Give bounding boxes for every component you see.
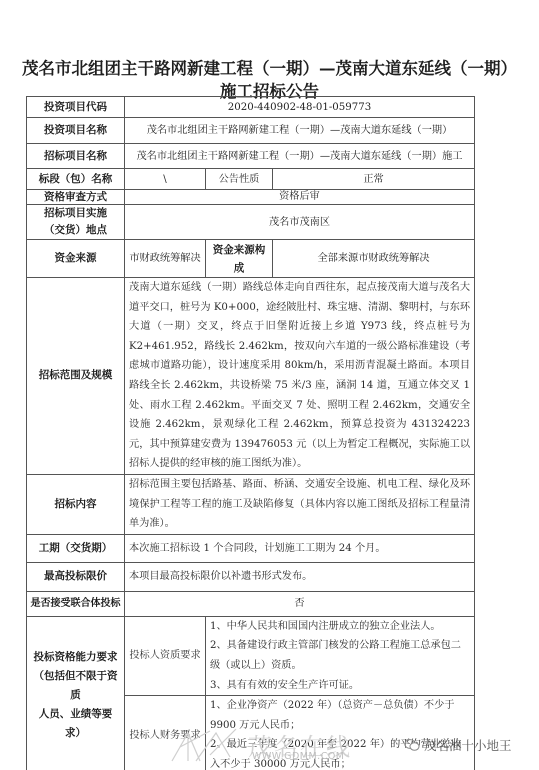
label-location: 招标项目实施 （交货）地点: [27, 205, 125, 240]
row-period: 工期（交货期） 本次施工招标设 1 个合同段，计划施工工期为 24 个月。: [27, 534, 475, 562]
value-funding-composition: 全部来源市财政统筹解决: [273, 240, 475, 278]
value-qualification-requirements: 1、中华人民共和国国内注册成立的独立企业法人。 2、具备建设行政主管部门核发的公…: [206, 616, 475, 695]
wechat-account-name: 茂名油十小地王: [424, 736, 512, 754]
value-consortium: 否: [125, 591, 475, 616]
label-requirements-line2: （包括但不限于资质: [31, 667, 120, 705]
label-consortium: 是否接受联合体投标: [27, 591, 125, 616]
label-requirements: 投标资格能力要求 （包括但不限于资质 人员、业绩等要求）: [27, 616, 125, 770]
row-scope: 招标范围及规模 茂南大道东延线（一期）路线总体走向自西往东，起点接茂南大道与茂名…: [27, 278, 475, 475]
row-funding: 资金来源 市财政统筹解决 资金来源构成 全部来源市财政统筹解决: [27, 240, 475, 278]
row-investment-name: 投资项目名称 茂名市北组团主干路网新建工程（一期）—茂南大道东延线（一期）: [27, 118, 475, 144]
wechat-account: 茂名油十小地王: [404, 736, 512, 754]
label-period: 工期（交货期）: [27, 534, 125, 562]
value-content: 招标范围主要包括路基、路面、桥涵、交通安全设施、机电工程、绿化及环境保护工程等工…: [125, 474, 475, 534]
site-logo-icon: [170, 727, 240, 763]
label-location-line1: 招标项目实施: [31, 205, 120, 222]
label-notice-nature: 公告性质: [206, 169, 273, 190]
row-max-price: 最高投标限价 本项目最高投标限价以补遗书形式发布。: [27, 562, 475, 591]
label-content: 招标内容: [27, 474, 125, 534]
label-investment-name: 投资项目名称: [27, 118, 125, 144]
scope-text: 茂南大道东延线（一期）路线总体走向自西往东，起点接茂南大道与茂名大道平交口，桩号…: [129, 278, 470, 474]
qualification-item: 1、中华人民共和国国内注册成立的独立企业法人。: [210, 617, 470, 637]
value-location: 茂名市茂南区: [125, 205, 475, 240]
label-investment-code: 投资项目代码: [27, 97, 125, 118]
label-funding-composition: 资金来源构成: [206, 240, 273, 278]
value-funding: 市财政统筹解决: [125, 240, 206, 278]
row-qualification-review: 资格审查方式 资格后审: [27, 190, 475, 205]
watermark-url: WWW.GDMM.COM: [252, 751, 345, 762]
value-max-price: 本项目最高投标限价以补遗书形式发布。: [125, 562, 475, 591]
label-bid-project-name: 招标项目名称: [27, 144, 125, 169]
row-consortium: 是否接受联合体投标 否: [27, 591, 475, 616]
bid-notice-table: 投资项目代码 2020-440902-48-01-059773 投资项目名称 茂…: [26, 96, 475, 770]
qualification-item: 3、具有有效的安全生产许可证。: [210, 676, 470, 696]
label-requirements-line3: 人员、业绩等要求）: [31, 705, 120, 743]
wechat-icon: [404, 738, 420, 752]
row-location: 招标项目实施 （交货）地点 茂名市茂南区: [27, 205, 475, 240]
label-funding: 资金来源: [27, 240, 125, 278]
value-section: \: [125, 169, 206, 190]
label-section: 标段（包）名称: [27, 169, 125, 190]
value-investment-code: 2020-440902-48-01-059773: [125, 97, 475, 118]
notice-title-line1: 茂名市北组团主干路网新建工程（一期）—茂南大道东延线（一期）: [0, 55, 539, 79]
row-bid-project-name: 招标项目名称 茂名市北组团主干路网新建工程（一期）—茂南大道东延线（一期）施工: [27, 144, 475, 169]
row-investment-code: 投资项目代码 2020-440902-48-01-059773: [27, 97, 475, 118]
value-bid-project-name: 茂名市北组团主干路网新建工程（一期）—茂南大道东延线（一期）施工: [125, 144, 475, 169]
label-location-line2: （交货）地点: [31, 222, 120, 239]
content-text: 招标范围主要包括路基、路面、桥涵、交通安全设施、机电工程、绿化及环境保护工程等工…: [129, 475, 470, 534]
site-watermark: 茂名在线 WWW.GDMM.COM: [170, 727, 370, 763]
row-content: 招标内容 招标范围主要包括路基、路面、桥涵、交通安全设施、机电工程、绿化及环境保…: [27, 474, 475, 534]
row-section: 标段（包）名称 \ 公告性质 正常: [27, 169, 475, 190]
label-qualification-requirements: 投标人资质要求: [125, 616, 206, 695]
label-requirements-line1: 投标资格能力要求: [31, 648, 120, 667]
label-qualification-review: 资格审查方式: [27, 190, 125, 205]
row-qualification-requirements: 投标资格能力要求 （包括但不限于资质 人员、业绩等要求） 投标人资质要求 1、中…: [27, 616, 475, 695]
label-scope: 招标范围及规模: [27, 278, 125, 475]
value-qualification-review: 资格后审: [125, 190, 475, 205]
label-max-price: 最高投标限价: [27, 562, 125, 591]
qualification-item: 2、具备建设行政主管部门核发的公路工程施工总承包二级（或以上）资质。: [210, 636, 470, 675]
value-notice-nature: 正常: [273, 169, 475, 190]
value-scope: 茂南大道东延线（一期）路线总体走向自西往东，起点接茂南大道与茂名大道平交口，桩号…: [125, 278, 475, 475]
value-period: 本次施工招标设 1 个合同段，计划施工工期为 24 个月。: [125, 534, 475, 562]
value-investment-name: 茂名市北组团主干路网新建工程（一期）—茂南大道东延线（一期）: [125, 118, 475, 144]
